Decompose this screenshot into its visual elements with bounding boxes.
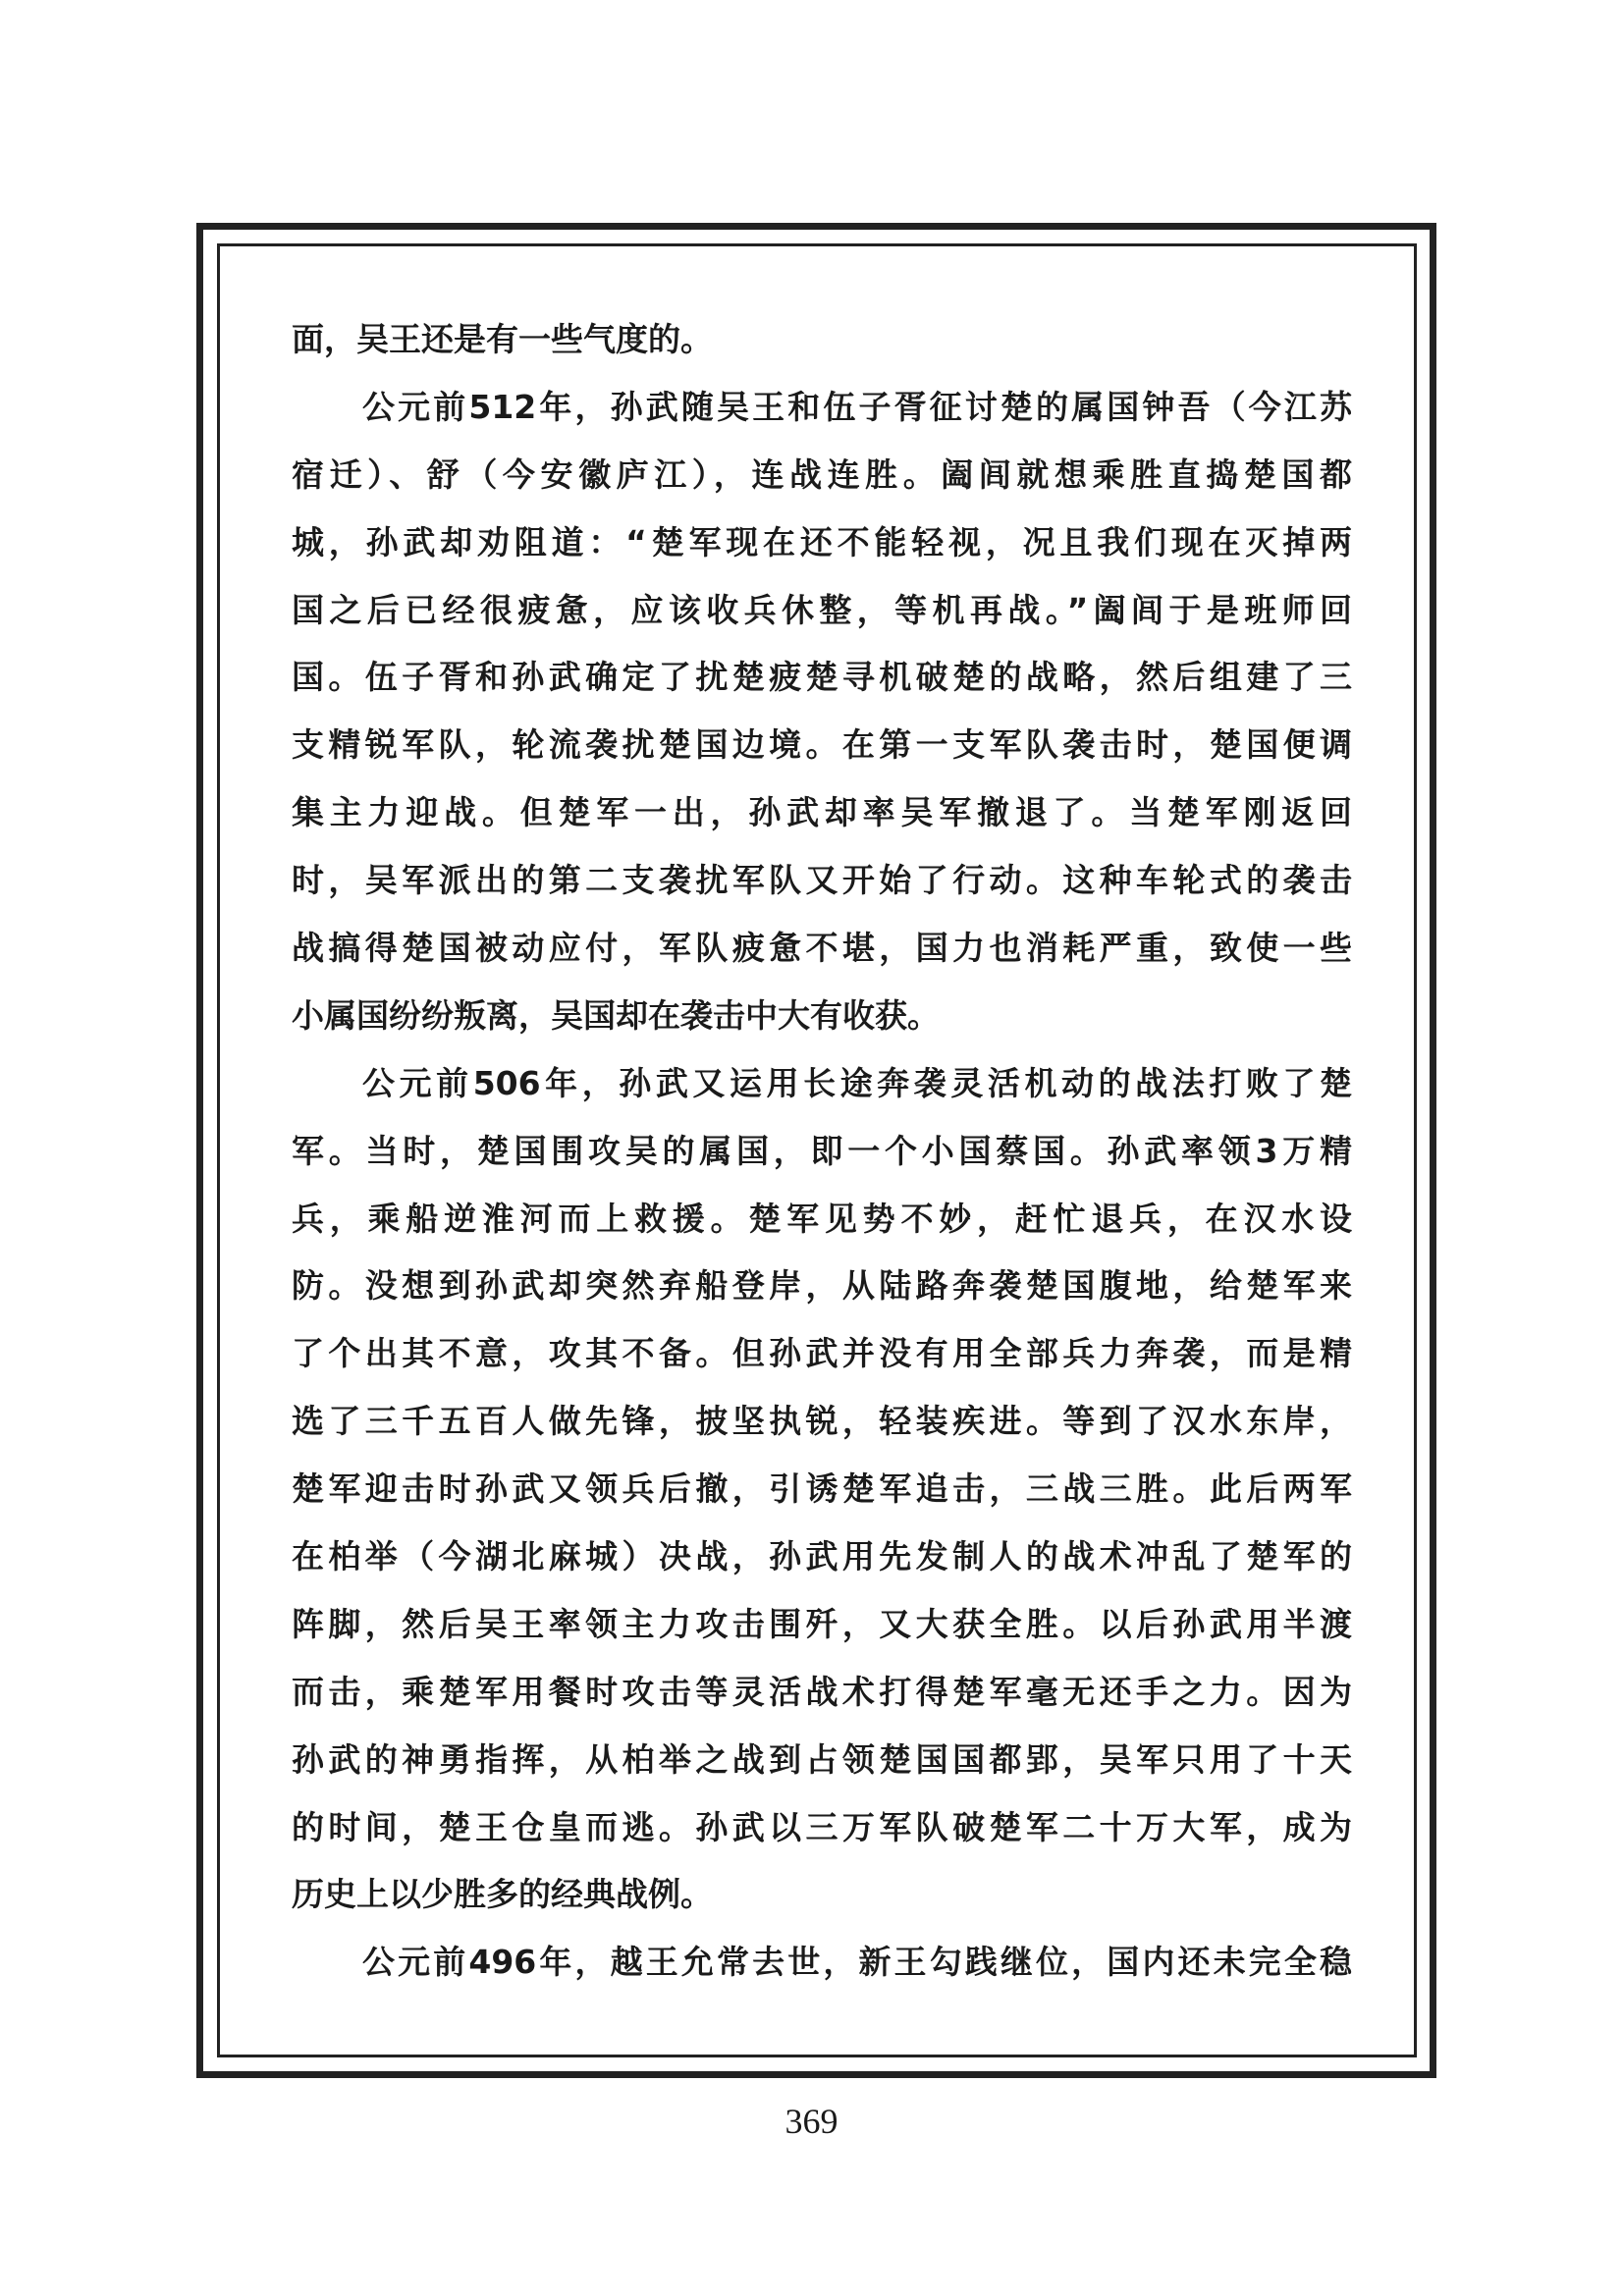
page-number: 369 [0, 2101, 1623, 2142]
text-line: 楚军迎击时孙武又领兵后撤，引诱楚军追击，三战三胜。此后两军 [292, 1456, 1352, 1523]
text-line: 的时间，楚王仓皇而逃。孙武以三万军队破楚军二十万大军，成为 [292, 1794, 1352, 1862]
text-line: 国。伍子胥和孙武确定了扰楚疲楚寻机破楚的战略，然后组建了三 [292, 644, 1352, 712]
text-line: 了个出其不意，攻其不备。但孙武并没有用全部兵力奔袭，而是精 [292, 1320, 1352, 1388]
body-text: 面，吴王还是有一些气度的。 公元前512年，孙武随吴王和伍子胥征讨楚的属国钟吾（… [292, 306, 1352, 1997]
paragraph-first-line: 公元前496年，越王允常去世，新王勾践继位，国内还未完全稳 [292, 1929, 1352, 1997]
text-line: 孙武的神勇指挥，从柏举之战到占领楚国国都郢，吴军只用了十天 [292, 1727, 1352, 1794]
text-line: 在柏举（今湖北麻城）决战，孙武用先发制人的战术冲乱了楚军的 [292, 1523, 1352, 1591]
text-line: 城，孙武却劝阻道：“楚军现在还不能轻视，况且我们现在灭掉两 [292, 509, 1352, 577]
text-line: 而击，乘楚军用餐时攻击等灵活战术打得楚军毫无还手之力。因为 [292, 1659, 1352, 1727]
text-line: 时，吴军派出的第二支袭扰军队又开始了行动。这种车轮式的袭击 [292, 847, 1352, 915]
text-line: 选了三千五百人做先锋，披坚执锐，轻装疾进。等到了汉水东岸， [292, 1388, 1352, 1456]
text-line: 战搞得楚国被动应付，军队疲惫不堪，国力也消耗严重，致使一些 [292, 915, 1352, 983]
text-line: 支精锐军队，轮流袭扰楚国边境。在第一支军队袭击时，楚国便调 [292, 712, 1352, 779]
text-line: 阵脚，然后吴王率领主力攻击围歼，又大获全胜。以后孙武用半渡 [292, 1591, 1352, 1659]
text-line: 小属国纷纷叛离，吴国却在袭击中大有收获。 [292, 983, 1352, 1050]
text-line: 历史上以少胜多的经典战例。 [292, 1861, 1352, 1929]
paragraph-first-line: 公元前506年，孙武又运用长途奔袭灵活机动的战法打败了楚 [292, 1050, 1352, 1118]
text-line: 兵，乘船逆淮河而上救援。楚军见势不妙，赶忙退兵，在汉水设 [292, 1186, 1352, 1254]
text-line: 宿迁）、舒（今安徽庐江），连战连胜。阖闾就想乘胜直捣楚国都 [292, 442, 1352, 509]
text-line: 国之后已经很疲惫，应该收兵休整，等机再战。”阖闾于是班师回 [292, 577, 1352, 645]
text-line: 军。当时，楚国围攻吴的属国，即一个小国蔡国。孙武率领3万精 [292, 1118, 1352, 1186]
paragraph-first-line: 公元前512年，孙武随吴王和伍子胥征讨楚的属国钟吾（今江苏 [292, 374, 1352, 442]
text-line: 防。没想到孙武却突然弃船登岸，从陆路奔袭楚国腹地，给楚军来 [292, 1253, 1352, 1320]
text-line: 面，吴王还是有一些气度的。 [292, 306, 1352, 374]
text-line: 集主力迎战。但楚军一出，孙武却率吴军撤退了。当楚军刚返回 [292, 779, 1352, 847]
